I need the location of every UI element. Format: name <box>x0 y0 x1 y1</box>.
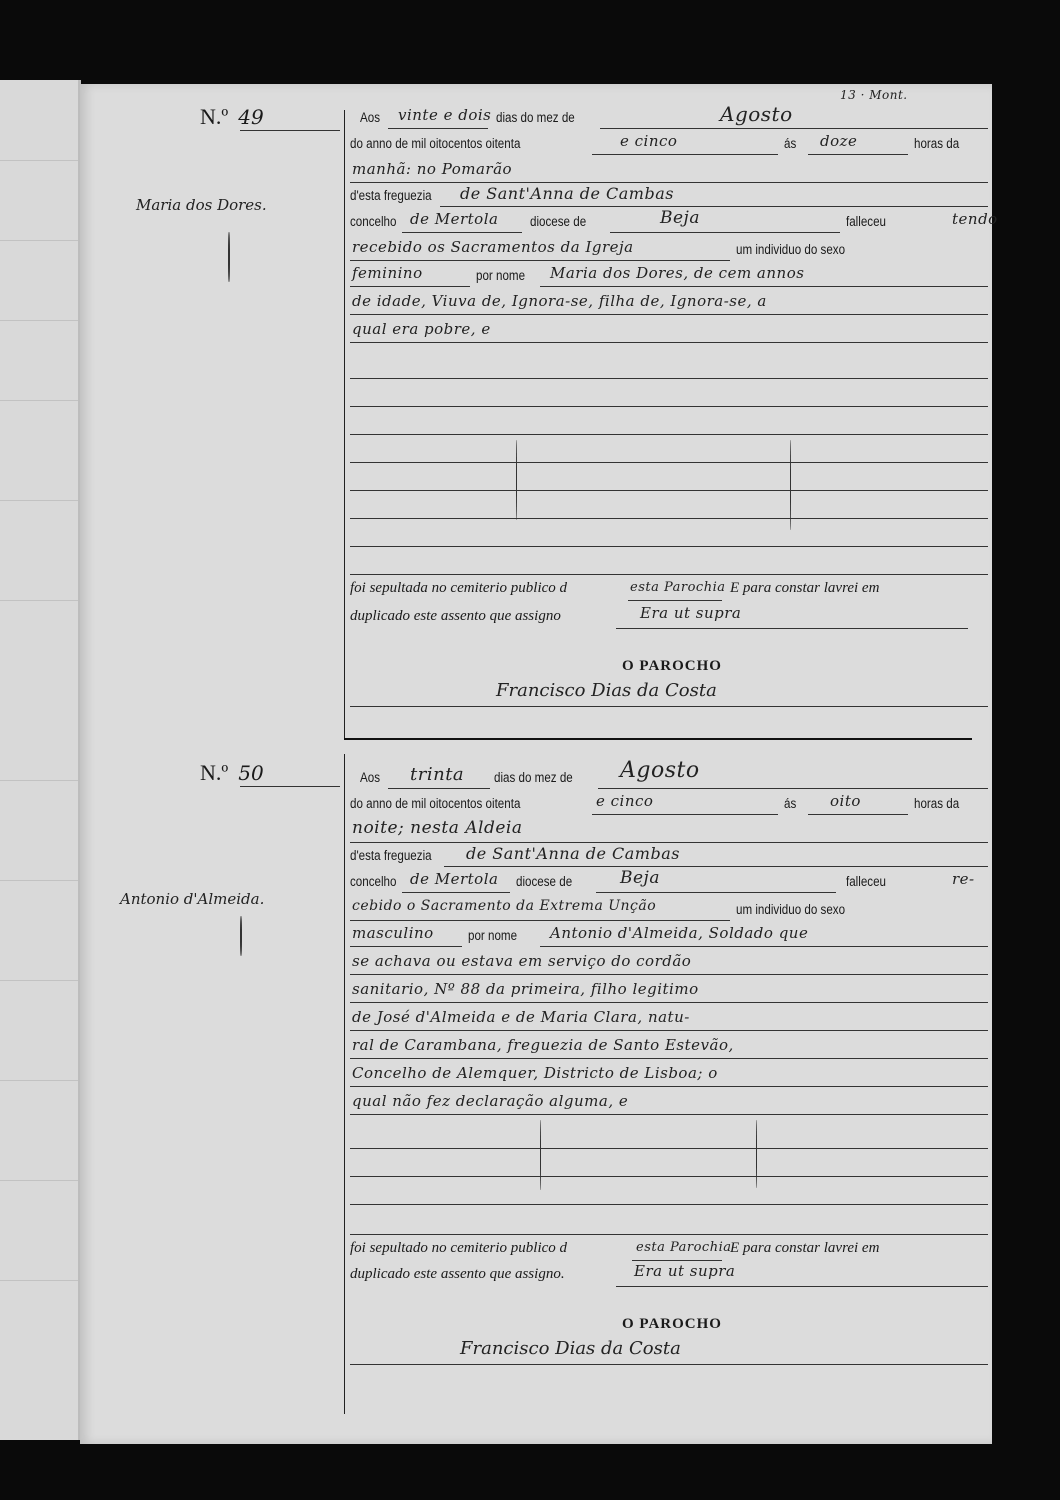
sacrament-line: recebido os Sacramentos da Igreja <box>352 238 634 256</box>
cancel-bracket <box>516 440 517 520</box>
register-page: 13 · Mont. N.º49 Maria dos Dores. Aos vi… <box>80 84 992 1444</box>
cancel-bracket <box>790 440 791 530</box>
cemetery: esta Parochia <box>630 580 726 595</box>
period-place: manhã: no Pomarão <box>352 160 512 178</box>
margin-name: Antonio d'Almeida. <box>120 890 264 908</box>
facing-page-edge <box>0 80 81 1440</box>
period-place: noite; nesta Aldeia <box>352 818 522 838</box>
sacrament-line: cebido o Sacramento da Extrema Unção <box>352 898 656 914</box>
details-line: se achava ou estava em serviço do cordão <box>352 952 691 970</box>
margin-name: Maria dos Dores. <box>136 196 267 214</box>
cemetery: esta Parochia <box>636 1240 732 1255</box>
priest-signature: Francisco Dias da Costa <box>460 1338 681 1359</box>
column-divider <box>344 754 345 1414</box>
entry-number: N.º50 <box>200 760 264 786</box>
margin-flourish <box>240 916 242 956</box>
details-line: qual era pobre, e <box>352 320 491 338</box>
parocho-title: O PAROCHO <box>622 658 722 675</box>
cancel-bracket <box>756 1120 757 1188</box>
details-line: de idade, Viuva de, Ignora-se, filha de,… <box>352 292 767 310</box>
deceased-name: Maria dos Dores, de cem annos <box>550 264 804 282</box>
month: Agosto <box>720 102 793 126</box>
concelho: de Mertola <box>410 870 498 888</box>
entry-number-value: 50 <box>238 761 263 785</box>
entry-number-value: 49 <box>238 105 263 129</box>
sex: feminino <box>352 264 423 282</box>
month: Agosto <box>620 758 700 783</box>
sex: masculino <box>352 924 434 942</box>
top-right-note: 13 · Mont. <box>840 88 908 102</box>
burial-clause: foi sepultado no cemiterio publico d <box>350 1240 567 1257</box>
priest-signature: Francisco Dias da Costa <box>496 680 717 701</box>
parish: de Sant'Anna de Cambas <box>460 184 674 203</box>
parish: de Sant'Anna de Cambas <box>466 844 680 863</box>
concelho: de Mertola <box>410 210 498 228</box>
details-line: sanitario, Nº 88 da primeira, filho legi… <box>352 980 699 998</box>
day: trinta <box>410 764 464 785</box>
entry-divider <box>344 738 972 740</box>
diocese: Beja <box>620 868 660 888</box>
cancel-bracket <box>540 1120 541 1190</box>
deceased-name: Antonio d'Almeida, Soldado que <box>550 924 808 942</box>
column-divider <box>344 110 345 740</box>
details-line: ral de Carambana, freguezia de Santo Est… <box>352 1036 734 1054</box>
details-line: qual não fez declaração alguma, e <box>352 1092 628 1110</box>
era-ut-supra: Era ut supra <box>640 604 741 622</box>
year-suffix: e cinco <box>620 132 677 150</box>
year-suffix: e cinco <box>596 792 653 810</box>
diocese: Beja <box>660 208 700 228</box>
entry-number: N.º49 <box>200 104 264 130</box>
parocho-title: O PAROCHO <box>622 1316 722 1333</box>
era-ut-supra: Era ut supra <box>634 1262 735 1280</box>
margin-flourish <box>228 232 230 282</box>
burial-clause: foi sepultada no cemiterio publico d <box>350 580 567 597</box>
details-line: de José d'Almeida e de Maria Clara, natu… <box>352 1008 690 1026</box>
day: vinte e dois <box>398 106 491 124</box>
hour: doze <box>820 132 857 150</box>
hour: oito <box>830 792 861 810</box>
details-line: Concelho de Alemquer, Districto de Lisbo… <box>352 1064 718 1082</box>
